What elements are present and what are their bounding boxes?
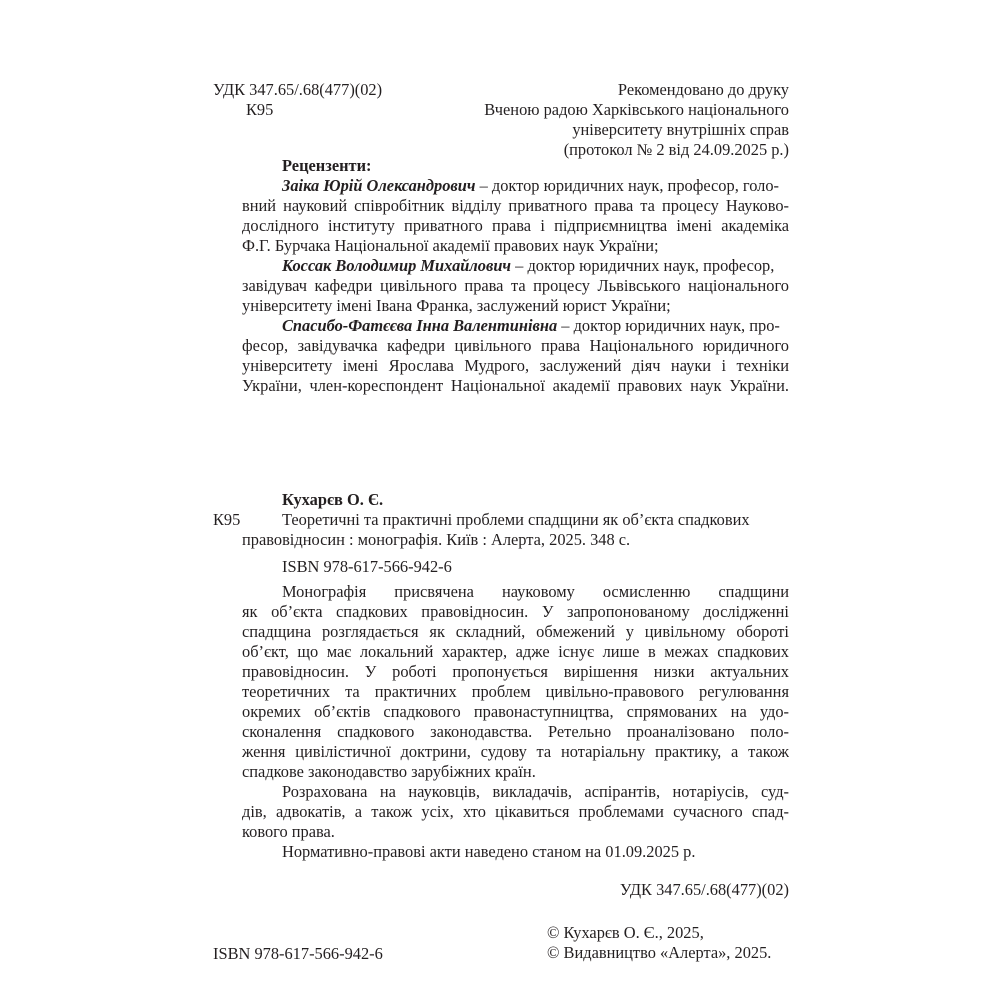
catalog-title: Теоретичні та практичні проблеми спадщин… [242,510,789,550]
reviewer-1: Заіка Юрій Олександрович – доктор юридич… [242,176,789,256]
reviewer-3: Спасибо-Фатєєва Інна Валентинівна – докт… [242,316,789,396]
udk-code-top: УДК 347.65/.68(477)(02) [213,80,382,100]
recommendation-line: (протокол № 2 від 24.09.2025 р.) [484,140,789,160]
reviewers-title: Рецензенти: [282,156,372,176]
reviewer-name: Заіка Юрій Олександрович [282,176,475,195]
author-sign-top: К95 [246,100,273,120]
recommendation-line: університету внутрішніх справ [484,120,789,140]
recommendation-block: Рекомендовано до друку Вченою радою Харк… [484,80,789,160]
reviewer-2: Коссак Володимир Михайлович – доктор юри… [242,256,789,316]
catalog-udk: УДК 347.65/.68(477)(02) [620,880,789,900]
recommendation-line: Вченою радою Харківського національного [484,100,789,120]
reviewer-name: Спасибо-Фатєєва Інна Валентинівна [282,316,557,335]
catalog-isbn: ISBN 978-617-566-942-6 [282,557,452,577]
catalog-author: Кухарєв О. Є. [282,490,383,510]
reviewer-name: Коссак Володимир Михайлович [282,256,511,275]
catalog-abstract: Монографія присвячена науковому осмислен… [242,582,789,862]
copyright-block: © Кухарєв О. Є., 2025, © Видавництво «Ал… [547,923,771,963]
footer-isbn: ISBN 978-617-566-942-6 [213,944,383,964]
catalog-sign: К95 [213,510,240,530]
recommendation-line: Рекомендовано до друку [484,80,789,100]
